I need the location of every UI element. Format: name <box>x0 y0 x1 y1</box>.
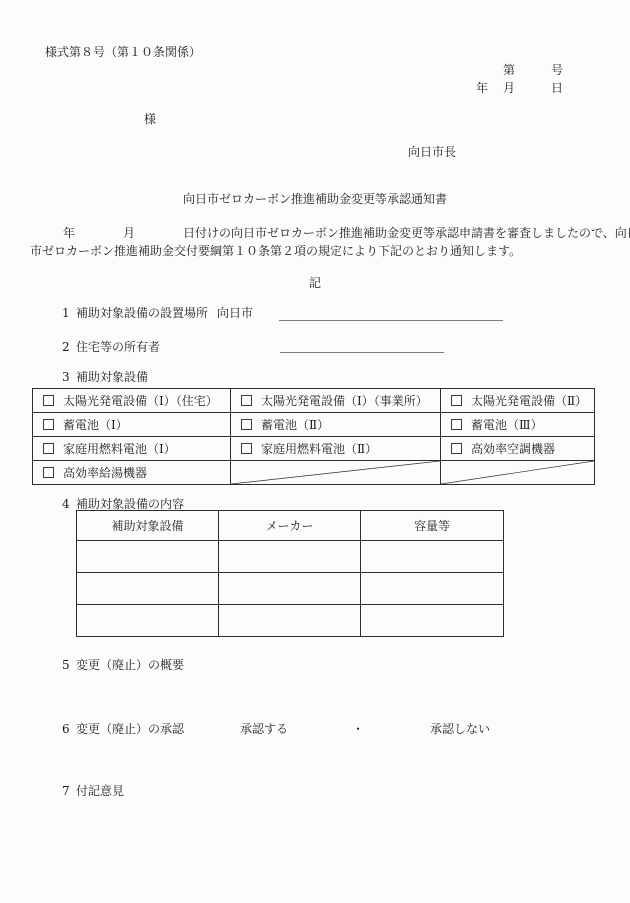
detail-cell-empty <box>219 605 361 637</box>
equipment-label: 家庭用燃料電池（Ⅱ） <box>261 442 377 456</box>
detail-cell-empty <box>77 605 219 637</box>
option-separator-dot: ・ <box>352 722 364 736</box>
equipment-label: 蓄電池（Ⅱ） <box>261 418 329 432</box>
table-row <box>77 541 504 573</box>
equipment-table: 太陽光発電設備（Ⅰ）（住宅） 太陽光発電設備（Ⅰ）（事業所） 太陽光発電設備（Ⅱ… <box>32 388 595 485</box>
checkbox-icon <box>241 395 252 406</box>
section-2-number: 2 <box>62 340 70 354</box>
section-2-label: 住宅等の所有者 <box>76 340 160 354</box>
equipment-cell-na <box>231 461 441 485</box>
checkbox-icon <box>451 395 462 406</box>
equipment-label: 太陽光発電設備（Ⅱ） <box>471 394 587 408</box>
detail-cell-empty <box>361 541 504 573</box>
document-page: 様式第８号（第１０条関係） 第 号 年 月 日 様 向日市長 向日市ゼロカーボン… <box>0 0 630 903</box>
addressee-honorific: 様 <box>144 112 156 126</box>
equipment-cell: 太陽光発電設備（Ⅰ）（事業所） <box>231 389 441 413</box>
detail-cell-empty <box>219 541 361 573</box>
table-row: 家庭用燃料電池（Ⅰ） 家庭用燃料電池（Ⅱ） 高効率空調機器 <box>33 437 595 461</box>
section-1-city-prefix: 向日市 <box>217 306 253 320</box>
detail-header-equipment: 補助対象設備 <box>77 511 219 541</box>
section-1-label: 補助対象設備の設置場所 <box>76 306 208 320</box>
table-row: 高効率給湯機器 <box>33 461 595 485</box>
checkbox-icon <box>451 443 462 454</box>
checkbox-icon <box>43 419 54 430</box>
diagonal-strike-icon <box>231 461 440 484</box>
date-day-label: 日 <box>551 81 563 95</box>
equipment-cell: 家庭用燃料電池（Ⅰ） <box>33 437 231 461</box>
section-5-number: 5 <box>62 658 70 672</box>
table-row <box>77 605 504 637</box>
doc-number-prefix: 第 <box>503 63 515 77</box>
date-year-label: 年 <box>476 81 488 95</box>
section-3-label: 補助対象設備 <box>76 370 148 384</box>
equipment-label: 太陽光発電設備（Ⅰ）（住宅） <box>63 394 218 408</box>
equipment-label: 高効率空調機器 <box>471 442 555 456</box>
table-row <box>77 573 504 605</box>
detail-header-capacity: 容量等 <box>361 511 504 541</box>
equipment-cell: 太陽光発電設備（Ⅰ）（住宅） <box>33 389 231 413</box>
equipment-label: 高効率給湯機器 <box>63 466 147 480</box>
checkbox-icon <box>241 443 252 454</box>
equipment-label: 蓄電池（Ⅰ） <box>63 418 128 432</box>
equipment-cell: 家庭用燃料電池（Ⅱ） <box>231 437 441 461</box>
section-5-label: 変更（廃止）の概要 <box>76 658 184 672</box>
section-6-number: 6 <box>62 722 70 736</box>
equipment-cell: 太陽光発電設備（Ⅱ） <box>441 389 595 413</box>
detail-cell-empty <box>77 541 219 573</box>
equipment-cell: 蓄電池（Ⅲ） <box>441 413 595 437</box>
body-blank-month: 月 <box>123 226 135 240</box>
approve-option: 承認する <box>240 722 288 736</box>
reject-option: 承認しない <box>430 722 490 736</box>
body-blank-year: 年 <box>63 226 75 240</box>
sender-name: 向日市長 <box>408 145 456 159</box>
section-1-number: 1 <box>62 306 70 320</box>
body-line2: 市ゼロカーボン推進補助金交付要綱第１０条第２項の規定により下記のとおり通知します… <box>30 244 521 258</box>
document-title: 向日市ゼロカーボン推進補助金変更等承認通知書 <box>0 192 630 206</box>
equipment-detail-table: 補助対象設備 メーカー 容量等 <box>76 510 504 637</box>
section-3-number: 3 <box>62 370 70 384</box>
doc-number-suffix: 号 <box>551 63 563 77</box>
fill-in-line-installation-location <box>279 320 503 321</box>
checkbox-icon <box>43 395 54 406</box>
section-4-number: 4 <box>62 497 70 511</box>
table-row: 太陽光発電設備（Ⅰ）（住宅） 太陽光発電設備（Ⅰ）（事業所） 太陽光発電設備（Ⅱ… <box>33 389 595 413</box>
equipment-cell: 高効率空調機器 <box>441 437 595 461</box>
section-6-label: 変更（廃止）の承認 <box>76 722 184 736</box>
section-4-label: 補助対象設備の内容 <box>76 497 184 511</box>
diagonal-strike-icon <box>441 461 594 484</box>
ki-marker: 記 <box>0 276 630 290</box>
detail-cell-empty <box>77 573 219 605</box>
equipment-label: 家庭用燃料電池（Ⅰ） <box>63 442 176 456</box>
detail-cell-empty <box>361 605 504 637</box>
detail-cell-empty <box>361 573 504 605</box>
equipment-label: 蓄電池（Ⅲ） <box>471 418 543 432</box>
section-7-number: 7 <box>62 784 70 798</box>
form-number: 様式第８号（第１０条関係） <box>45 45 201 59</box>
equipment-cell: 蓄電池（Ⅱ） <box>231 413 441 437</box>
table-header-row: 補助対象設備 メーカー 容量等 <box>77 511 504 541</box>
checkbox-icon <box>451 419 462 430</box>
date-month-label: 月 <box>503 81 515 95</box>
fill-in-line-owner <box>280 352 444 353</box>
table-row: 蓄電池（Ⅰ） 蓄電池（Ⅱ） 蓄電池（Ⅲ） <box>33 413 595 437</box>
checkbox-icon <box>241 419 252 430</box>
checkbox-icon <box>43 467 54 478</box>
detail-header-maker: メーカー <box>219 511 361 541</box>
section-7-label: 付記意見 <box>76 784 124 798</box>
equipment-cell: 蓄電池（Ⅰ） <box>33 413 231 437</box>
equipment-cell-na <box>441 461 595 485</box>
equipment-label: 太陽光発電設備（Ⅰ）（事業所） <box>261 394 428 408</box>
body-line1: 日付けの向日市ゼロカーボン推進補助金変更等承認申請書を審査しましたので、向日 <box>183 226 630 240</box>
equipment-cell: 高効率給湯機器 <box>33 461 231 485</box>
detail-cell-empty <box>219 573 361 605</box>
checkbox-icon <box>43 443 54 454</box>
